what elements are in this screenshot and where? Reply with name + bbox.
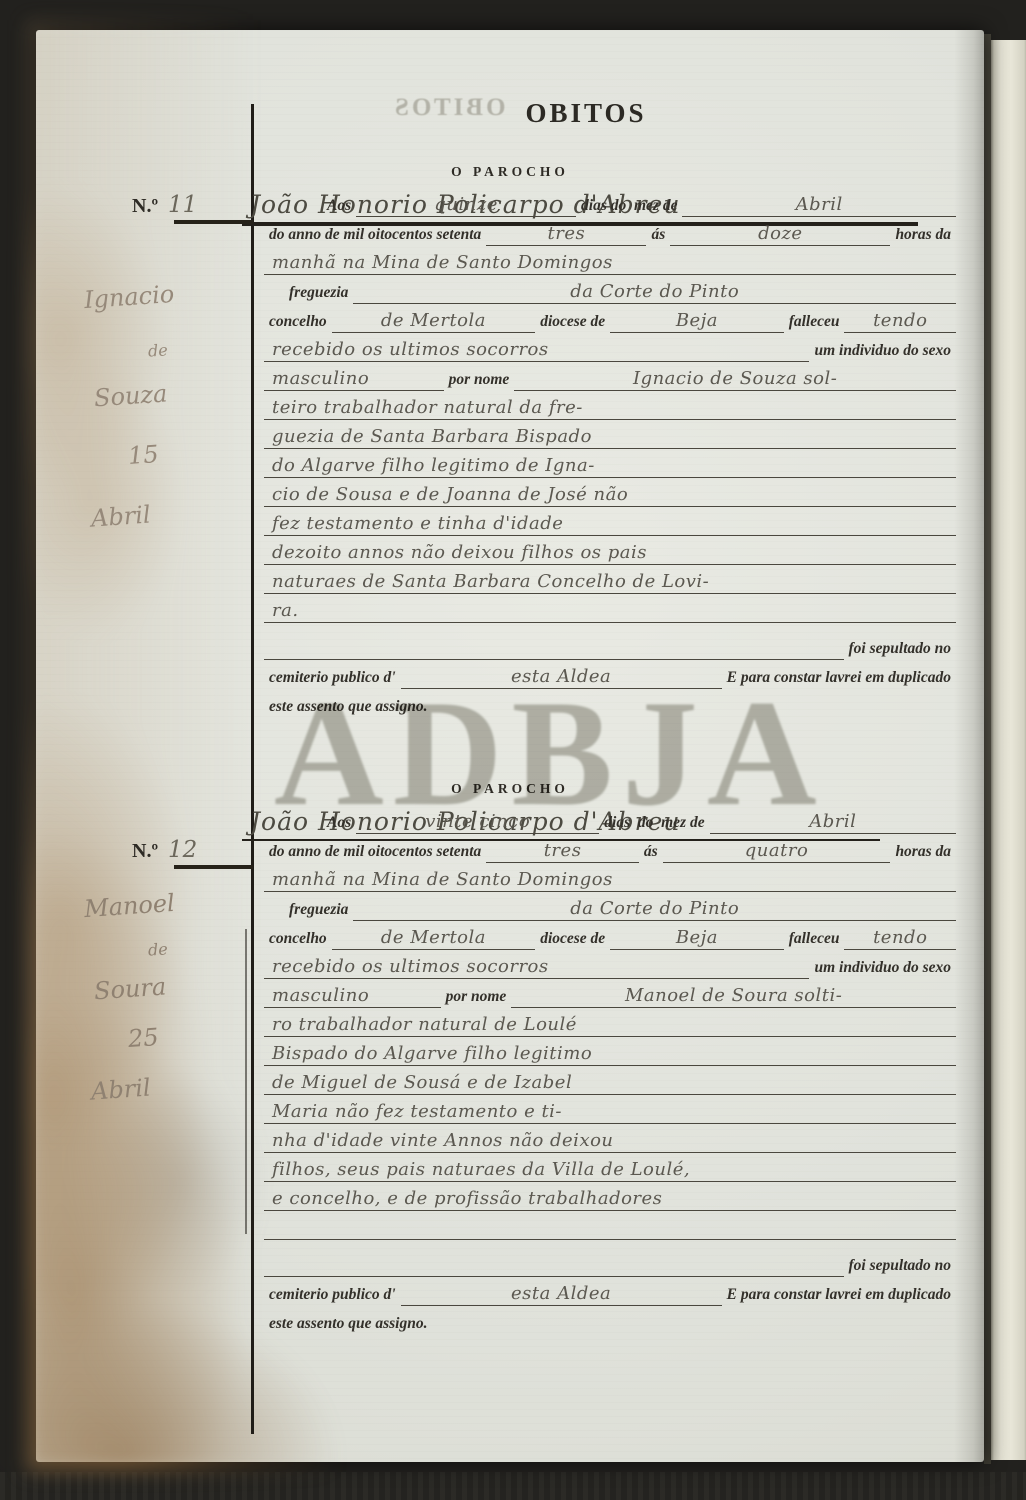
form-line: este assento que assigno. — [264, 1306, 956, 1335]
form-line: naturaes de Santa Barbara Concelho de Lo… — [264, 565, 956, 594]
register-page: OBITOS OBITOS ADBJA N.º11 Ignacio de Sou… — [36, 30, 984, 1462]
handwritten-entry-text: Beja — [610, 310, 784, 333]
printed-form-label: dias do mez de — [599, 814, 709, 834]
form-line: concelhode Mertoladiocese deBejafalleceu… — [264, 921, 956, 950]
printed-form-label: este assento que assigno. — [264, 1315, 432, 1335]
printed-form-label: este assento que assigno. — [264, 698, 432, 718]
printed-form-label: um individuo do sexo — [809, 342, 956, 362]
printed-form-label: falleceu — [784, 313, 845, 333]
form-line: Maria não fez testamento e ti- — [264, 1095, 956, 1124]
margin-name-line: Soura — [35, 967, 251, 1010]
form-line: fez testamento e tinha d'idade — [264, 507, 956, 536]
printed-form-label: horas da — [890, 843, 956, 863]
entry-body: Aosvinte cincodias do mez deAbrildo anno… — [264, 805, 956, 1335]
margin-name-line: Souza — [35, 374, 251, 417]
margin-annotation: Manoel de Soura 25 Abril — [36, 891, 251, 1124]
handwritten-entry-text: Abril — [710, 811, 956, 834]
form-line: teiro trabalhador natural da fre- — [264, 391, 956, 420]
handwritten-entry-text: nha d'idade vinte Annos não deixou — [264, 1130, 956, 1153]
form-line: do anno de mil oitocentos setentatresásq… — [264, 834, 956, 863]
handwritten-entry-text: do Algarve filho legitimo de Igna- — [264, 455, 956, 478]
margin-name-line: de — [36, 934, 252, 968]
handwritten-entry-text: recebido os ultimos socorros — [264, 956, 809, 979]
handwritten-entry-text: manhã na Mina de Santo Domingos — [264, 252, 956, 275]
form-line: masculinopor nomeManoel de Soura solti- — [264, 979, 956, 1008]
printed-form-label: Aos — [322, 197, 356, 217]
form-line: do anno de mil oitocentos setentatresásd… — [264, 217, 956, 246]
printed-form-label: horas da — [890, 226, 956, 246]
entry-number-underline — [174, 220, 253, 224]
handwritten-entry-text: Abril — [682, 194, 956, 217]
form-line: cemiterio publico d'esta AldeaE para con… — [264, 1277, 956, 1306]
handwritten-entry-text: esta Aldea — [401, 666, 722, 689]
form-line: fregueziada Corte do Pinto — [264, 275, 956, 304]
form-line: dezoito annos não deixou filhos os pais — [264, 536, 956, 565]
handwritten-entry-text: recebido os ultimos socorros — [264, 339, 809, 362]
handwritten-entry-text: Ignacio de Souza sol- — [514, 368, 956, 391]
printed-form-label: E para constar lavrei em duplicado — [722, 669, 956, 689]
form-line: Aosquinzedias do mez deAbril — [264, 188, 956, 217]
handwritten-entry-text: Maria não fez testamento e ti- — [264, 1101, 956, 1124]
printed-form-label: diocese de — [535, 313, 610, 333]
printed-form-label: do anno de mil oitocentos setenta — [264, 226, 486, 246]
handwritten-entry-text: tendo — [844, 927, 956, 950]
handwritten-entry-text: ro trabalhador natural de Loulé — [264, 1014, 956, 1037]
handwritten-entry-text — [264, 1275, 844, 1277]
handwritten-entry-text: da Corte do Pinto — [353, 281, 956, 304]
form-line: cio de Sousa e de Joanna de José não — [264, 478, 956, 507]
handwritten-entry-text: naturaes de Santa Barbara Concelho de Lo… — [264, 571, 956, 594]
page-title: OBITOS — [236, 98, 936, 129]
form-line — [264, 1211, 956, 1240]
margin-date-line: Abril — [35, 494, 251, 537]
printed-form-label: freguezia — [284, 284, 353, 304]
margin-date-line: 15 — [35, 434, 251, 477]
handwritten-entry-text: tendo — [844, 310, 956, 333]
form-line: nha d'idade vinte Annos não deixou — [264, 1124, 956, 1153]
margin-annotation: Ignacio de Souza 15 Abril — [36, 282, 251, 561]
printed-form-label: concelho — [264, 930, 332, 950]
handwritten-entry-text: dezoito annos não deixou filhos os pais — [264, 542, 956, 565]
printed-form-label: por nome — [444, 371, 515, 391]
handwritten-entry-text: de Mertola — [332, 927, 536, 950]
handwritten-entry-text: manhã na Mina de Santo Domingos — [264, 869, 956, 892]
handwritten-entry-text — [264, 1238, 956, 1240]
printed-form-label: foi sepultado no — [844, 640, 956, 660]
printed-form-label: dias do mez de — [576, 197, 682, 217]
printed-form-label: cemiterio publico d' — [264, 1286, 401, 1306]
death-record-entry-11: N.º11 Ignacio de Souza 15 Abril Aosquinz… — [36, 158, 984, 806]
form-line: Bispado do Algarve filho legitimo — [264, 1037, 956, 1066]
printed-form-label: falleceu — [784, 930, 845, 950]
handwritten-entry-text: Beja — [610, 927, 784, 950]
table-texture — [0, 1472, 1026, 1500]
handwritten-entry-text: quinze — [356, 194, 576, 217]
form-line: ro trabalhador natural de Loulé — [264, 1008, 956, 1037]
handwritten-entry-text: doze — [670, 223, 890, 246]
handwritten-entry-text: e concelho, e de profissão trabalhadores — [264, 1188, 956, 1211]
form-line: do Algarve filho legitimo de Igna- — [264, 449, 956, 478]
handwritten-entry-text: cio de Sousa e de Joanna de José não — [264, 484, 956, 507]
form-line: foi sepultado no — [264, 631, 956, 660]
form-line: cemiterio publico d'esta AldeaE para con… — [264, 660, 956, 689]
printed-form-label: E para constar lavrei em duplicado — [722, 1286, 956, 1306]
form-line: concelhode Mertoladiocese deBejafalleceu… — [264, 304, 956, 333]
entry-number-underline — [174, 865, 253, 869]
handwritten-entry-text: esta Aldea — [401, 1283, 722, 1306]
printed-form-label: ás — [646, 226, 670, 246]
form-line: fregueziada Corte do Pinto — [264, 892, 956, 921]
printed-form-label: cemiterio publico d' — [264, 669, 401, 689]
handwritten-entry-text: guezia de Santa Barbara Bispado — [264, 426, 956, 449]
handwritten-entry-text — [264, 658, 844, 660]
margin-name-line: Manoel — [35, 884, 251, 927]
handwritten-entry-text: Bispado do Algarve filho legitimo — [264, 1043, 956, 1066]
form-line: filhos, seus pais naturaes da Villa de L… — [264, 1153, 956, 1182]
photo-backdrop: OBITOS OBITOS ADBJA N.º11 Ignacio de Sou… — [0, 0, 1026, 1500]
entry-number: N.º11 — [132, 192, 251, 218]
entry-number-value: 11 — [168, 192, 197, 218]
entry-number-value: 12 — [168, 837, 197, 863]
handwritten-entry-text: ra. — [264, 600, 956, 623]
form-line: manhã na Mina de Santo Domingos — [264, 863, 956, 892]
handwritten-entry-text: tres — [486, 840, 639, 863]
entry-number-label: N.º — [132, 195, 158, 217]
handwritten-entry-text: quatro — [663, 840, 891, 863]
form-line: este assento que assigno. — [264, 689, 956, 718]
death-record-entry-12: N.º12 Manoel de Soura 25 Abril Aosvinte … — [36, 775, 984, 1462]
printed-form-label: por nome — [441, 988, 512, 1008]
form-line: guezia de Santa Barbara Bispado — [264, 420, 956, 449]
handwritten-entry-text: Manoel de Soura solti- — [511, 985, 956, 1008]
form-line: de Miguel de Sousá e de Izabel — [264, 1066, 956, 1095]
entry-number: N.º12 — [132, 837, 251, 863]
printed-form-label: Aos — [322, 814, 356, 834]
handwritten-entry-text: de Miguel de Sousá e de Izabel — [264, 1072, 956, 1095]
margin-name-line: de — [36, 335, 252, 369]
printed-form-label: ás — [639, 843, 663, 863]
form-line: recebido os ultimos socorrosum individuo… — [264, 950, 956, 979]
parocho-label: O PAROCHO — [36, 164, 984, 180]
entry-number-label: N.º — [132, 840, 158, 862]
printed-form-label: foi sepultado no — [844, 1257, 956, 1277]
printed-form-label: do anno de mil oitocentos setenta — [264, 843, 486, 863]
printed-form-label: freguezia — [284, 901, 353, 921]
form-line: manhã na Mina de Santo Domingos — [264, 246, 956, 275]
margin-name-line: Ignacio — [35, 275, 251, 318]
handwritten-entry-text: teiro trabalhador natural da fre- — [264, 397, 956, 420]
handwritten-entry-text: fez testamento e tinha d'idade — [264, 513, 956, 536]
handwritten-entry-text: masculino — [264, 368, 444, 391]
form-line: e concelho, e de profissão trabalhadores — [264, 1182, 956, 1211]
handwritten-entry-text: vinte cinco — [356, 811, 599, 834]
printed-form-label: concelho — [264, 313, 332, 333]
parocho-label: O PAROCHO — [36, 781, 984, 797]
handwritten-entry-text: filhos, seus pais naturaes da Villa de L… — [264, 1159, 956, 1182]
margin-date-line: 25 — [35, 1017, 251, 1060]
adjacent-page-edge — [991, 40, 1026, 1460]
entry-body: Aosquinzedias do mez deAbrildo anno de m… — [264, 188, 956, 718]
form-line: masculinopor nomeIgnacio de Souza sol- — [264, 362, 956, 391]
form-line: ra. — [264, 594, 956, 623]
form-line: recebido os ultimos socorrosum individuo… — [264, 333, 956, 362]
handwritten-entry-text: de Mertola — [332, 310, 536, 333]
form-line: foi sepultado no — [264, 1248, 956, 1277]
handwritten-entry-text: tres — [486, 223, 646, 246]
printed-form-label: um individuo do sexo — [809, 959, 956, 979]
book-gutter-shadow — [984, 34, 991, 1464]
printed-form-label: diocese de — [535, 930, 610, 950]
handwritten-entry-text: masculino — [264, 985, 441, 1008]
margin-date-line: Abril — [35, 1067, 251, 1110]
handwritten-entry-text: da Corte do Pinto — [353, 898, 956, 921]
form-line: Aosvinte cincodias do mez deAbril — [264, 805, 956, 834]
